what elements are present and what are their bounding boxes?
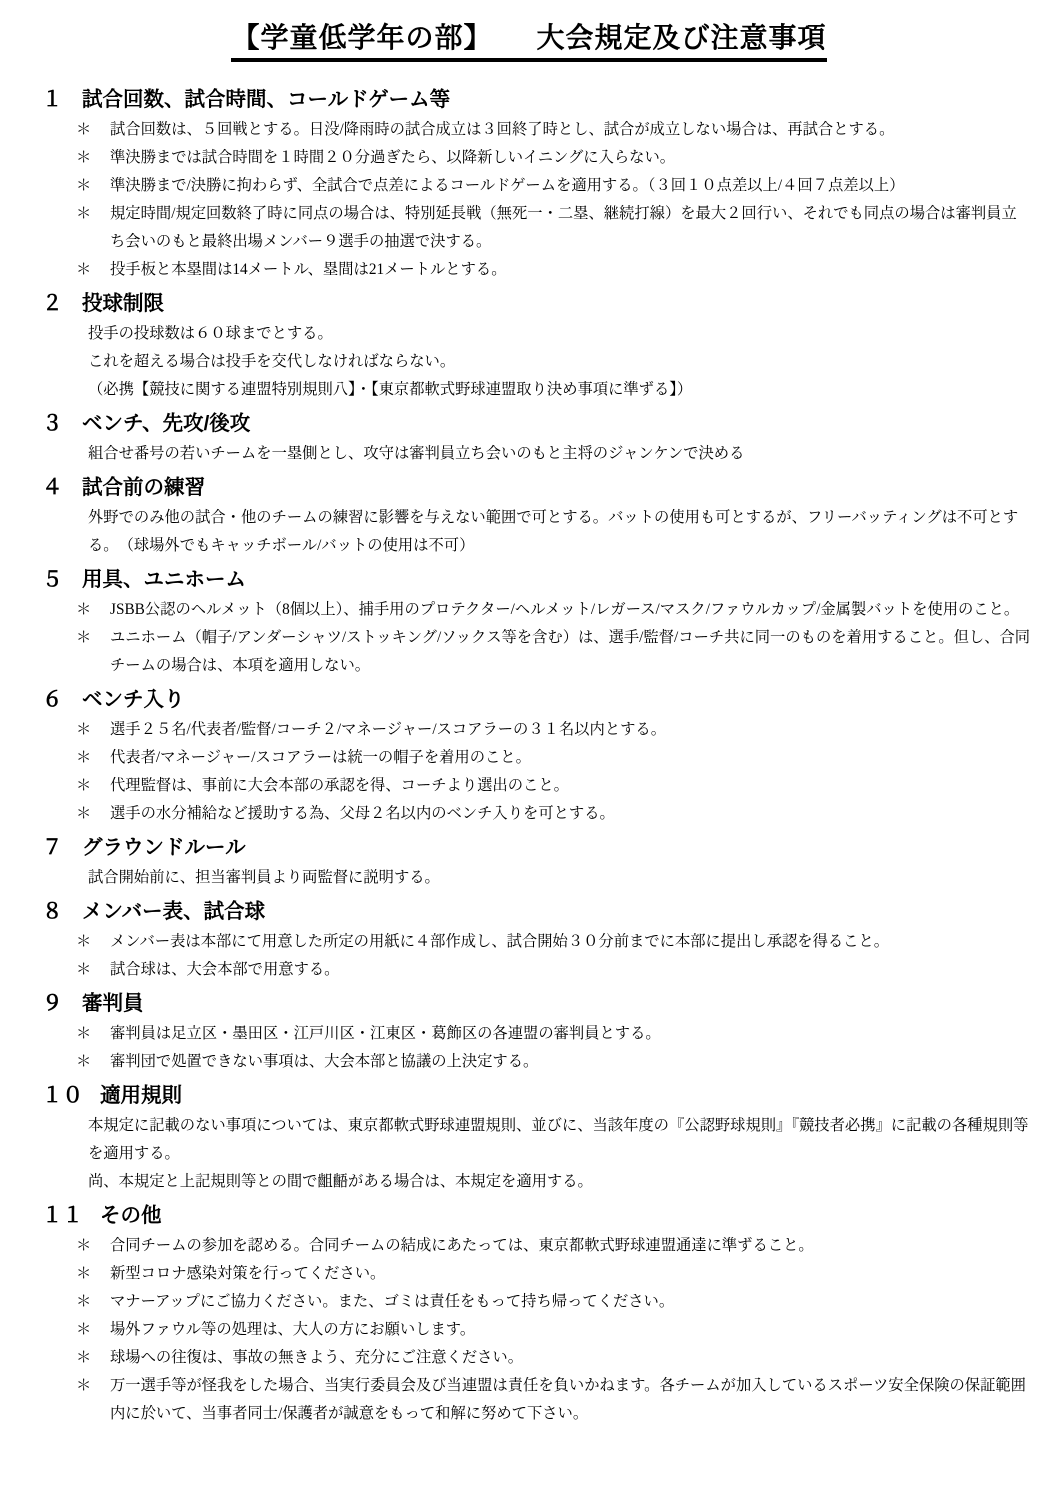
section-number: ７: [42, 834, 65, 861]
paragraph: （必携【競技に関する連盟特別規則八】・【東京都軟式野球連盟取り決め事項に準ずる】…: [88, 376, 1032, 404]
section: １１その他＊合同チームの参加を認める。合同チームの結成にあたっては、東京都軟式野…: [0, 1202, 1058, 1428]
bullet-text: 代表者/マネージャー/スコアラーは統一の帽子を着用のこと。: [110, 744, 1032, 772]
bullet-text: 規定時間/規定回数終了時に同点の場合は、特別延長戦（無死一・二塁、継続打線）を最…: [110, 200, 1032, 256]
bullet-marker: ＊: [76, 716, 110, 744]
section-number: ３: [42, 410, 65, 437]
section-number: １０: [42, 1082, 83, 1109]
bullet-item: ＊投手板と本塁間は14メートル、塁間は21メートルとする。: [76, 256, 1032, 284]
bullet-marker: ＊: [76, 744, 110, 772]
bullet-marker: ＊: [76, 1288, 110, 1316]
bullet-text: 試合回数は、５回戦とする。日没/降雨時の試合成立は３回終了時とし、試合が成立しな…: [110, 116, 1032, 144]
section-number: １１: [42, 1202, 83, 1229]
bullet-text: 場外ファウル等の処理は、大人の方にお願いします。: [110, 1316, 1032, 1344]
bullet-item: ＊代表者/マネージャー/スコアラーは統一の帽子を着用のこと。: [76, 744, 1032, 772]
section-heading: ８メンバー表、試合球: [0, 898, 1058, 925]
section-title: ベンチ入り: [82, 686, 185, 713]
section-title: 用具、ユニホーム: [82, 566, 246, 593]
bullet-item: ＊ユニホーム（帽子/アンダーシャツ/ストッキング/ソックス等を含む）は、選手/監…: [76, 624, 1032, 680]
bullet-item: ＊選手の水分補給など援助する為、父母２名以内のベンチ入りを可とする。: [76, 800, 1032, 828]
bullet-marker: ＊: [76, 116, 110, 144]
section: ９審判員＊審判員は足立区・墨田区・江戸川区・江東区・葛飾区の各連盟の審判員とする…: [0, 990, 1058, 1076]
paragraph: これを超える場合は投手を交代しなければならない。: [88, 348, 1032, 376]
section: ８メンバー表、試合球＊メンバー表は本部にて用意した所定の用紙に４部作成し、試合開…: [0, 898, 1058, 984]
bullet-item: ＊球場への往復は、事故の無きよう、充分にご注意ください。: [76, 1344, 1032, 1372]
section-number: ４: [42, 474, 65, 501]
bullet-text: 準決勝まで/決勝に拘わらず、全試合で点差によるコールドゲームを適用する。（３回１…: [110, 172, 1032, 200]
section-title: 試合回数、試合時間、コールドゲーム等: [82, 86, 450, 113]
bullet-marker: ＊: [76, 772, 110, 800]
section: ５用具、ユニホーム＊JSBB公認のヘルメット（8個以上）、捕手用のプロテクター/…: [0, 566, 1058, 680]
bullet-text: 審判団で処置できない事項は、大会本部と協議の上決定する。: [110, 1048, 1032, 1076]
bullet-text: 選手２５名/代表者/監督/コーチ２/マネージャー/スコアラーの３１名以内とする。: [110, 716, 1032, 744]
bullet-text: JSBB公認のヘルメット（8個以上）、捕手用のプロテクター/ヘルメット/レガース…: [110, 596, 1032, 624]
section-heading: １１その他: [0, 1202, 1058, 1229]
bullet-item: ＊新型コロナ感染対策を行ってください。: [76, 1260, 1032, 1288]
section-title: 審判員: [82, 990, 144, 1017]
bullet-text: 合同チームの参加を認める。合同チームの結成にあたっては、東京都軟式野球連盟通達に…: [110, 1232, 1032, 1260]
section: ２投球制限投手の投球数は６０球までとする。これを超える場合は投手を交代しなければ…: [0, 290, 1058, 404]
bullet-marker: ＊: [76, 1260, 110, 1288]
bullet-marker: ＊: [76, 172, 110, 200]
bullet-marker: ＊: [76, 928, 110, 956]
bullet-item: ＊試合回数は、５回戦とする。日没/降雨時の試合成立は３回終了時とし、試合が成立し…: [76, 116, 1032, 144]
page-title-text: 【学童低学年の部】 大会規定及び注意事項: [231, 16, 826, 62]
section: ７グラウンドルール試合開始前に、担当審判員より両監督に説明する。: [0, 834, 1058, 892]
section-number: ２: [42, 290, 65, 317]
bullet-marker: ＊: [76, 596, 110, 624]
bullet-item: ＊試合球は、大会本部で用意する。: [76, 956, 1032, 984]
bullet-text: 投手板と本塁間は14メートル、塁間は21メートルとする。: [110, 256, 1032, 284]
section-title: 適用規則: [100, 1082, 182, 1109]
bullet-item: ＊合同チームの参加を認める。合同チームの結成にあたっては、東京都軟式野球連盟通達…: [76, 1232, 1032, 1260]
paragraph: 尚、本規定と上記規則等との間で齟齬がある場合は、本規定を適用する。: [88, 1168, 1032, 1196]
bullet-marker: ＊: [76, 1048, 110, 1076]
section: ４試合前の練習外野でのみ他の試合・他のチームの練習に影響を与えない範囲で可とする…: [0, 474, 1058, 560]
paragraph: 試合開始前に、担当審判員より両監督に説明する。: [88, 864, 1032, 892]
section-title: メンバー表、試合球: [82, 898, 265, 925]
section: ６ベンチ入り＊選手２５名/代表者/監督/コーチ２/マネージャー/スコアラーの３１…: [0, 686, 1058, 828]
bullet-text: 万一選手等が怪我をした場合、当実行委員会及び当連盟は責任を負いかねます。各チーム…: [110, 1372, 1032, 1428]
section: １試合回数、試合時間、コールドゲーム等＊試合回数は、５回戦とする。日没/降雨時の…: [0, 86, 1058, 284]
bullet-text: 審判員は足立区・墨田区・江戸川区・江東区・葛飾区の各連盟の審判員とする。: [110, 1020, 1032, 1048]
paragraph: 外野でのみ他の試合・他のチームの練習に影響を与えない範囲で可とする。バットの使用…: [88, 504, 1032, 560]
section-heading: ９審判員: [0, 990, 1058, 1017]
section: ３ベンチ、先攻/後攻組合せ番号の若いチームを一塁側とし、攻守は審判員立ち会いのも…: [0, 410, 1058, 468]
bullet-marker: ＊: [76, 624, 110, 680]
bullet-marker: ＊: [76, 1344, 110, 1372]
bullet-marker: ＊: [76, 200, 110, 256]
sections-container: １試合回数、試合時間、コールドゲーム等＊試合回数は、５回戦とする。日没/降雨時の…: [0, 86, 1058, 1428]
bullet-text: 選手の水分補給など援助する為、父母２名以内のベンチ入りを可とする。: [110, 800, 1032, 828]
document-page: 【学童低学年の部】 大会規定及び注意事項 １試合回数、試合時間、コールドゲーム等…: [0, 0, 1058, 1497]
section-title: 試合前の練習: [82, 474, 205, 501]
section-title: ベンチ、先攻/後攻: [82, 410, 250, 437]
paragraph: 投手の投球数は６０球までとする。: [88, 320, 1032, 348]
bullet-text: 新型コロナ感染対策を行ってください。: [110, 1260, 1032, 1288]
bullet-item: ＊準決勝までは試合時間を１時間２０分過ぎたら、以降新しいイニングに入らない。: [76, 144, 1032, 172]
bullet-marker: ＊: [76, 144, 110, 172]
bullet-text: マナーアップにご協力ください。また、ゴミは責任をもって持ち帰ってください。: [110, 1288, 1032, 1316]
section-number: ６: [42, 686, 65, 713]
bullet-marker: ＊: [76, 1232, 110, 1260]
bullet-marker: ＊: [76, 800, 110, 828]
paragraph: 本規定に記載のない事項については、東京都軟式野球連盟規則、並びに、当該年度の『公…: [88, 1112, 1032, 1168]
section-heading: ６ベンチ入り: [0, 686, 1058, 713]
bullet-marker: ＊: [76, 1020, 110, 1048]
section-number: ８: [42, 898, 65, 925]
section-title: その他: [100, 1202, 162, 1229]
bullet-marker: ＊: [76, 256, 110, 284]
bullet-text: ユニホーム（帽子/アンダーシャツ/ストッキング/ソックス等を含む）は、選手/監督…: [110, 624, 1032, 680]
section: １０適用規則本規定に記載のない事項については、東京都軟式野球連盟規則、並びに、当…: [0, 1082, 1058, 1196]
section-title: 投球制限: [82, 290, 164, 317]
section-heading: ５用具、ユニホーム: [0, 566, 1058, 593]
bullet-text: 試合球は、大会本部で用意する。: [110, 956, 1032, 984]
section-heading: １試合回数、試合時間、コールドゲーム等: [0, 86, 1058, 113]
section-heading: ３ベンチ、先攻/後攻: [0, 410, 1058, 437]
bullet-text: 準決勝までは試合時間を１時間２０分過ぎたら、以降新しいイニングに入らない。: [110, 144, 1032, 172]
page-title: 【学童低学年の部】 大会規定及び注意事項: [0, 16, 1058, 62]
bullet-item: ＊選手２５名/代表者/監督/コーチ２/マネージャー/スコアラーの３１名以内とする…: [76, 716, 1032, 744]
bullet-marker: ＊: [76, 956, 110, 984]
section-number: ９: [42, 990, 65, 1017]
bullet-text: 代理監督は、事前に大会本部の承認を得、コーチより選出のこと。: [110, 772, 1032, 800]
bullet-item: ＊万一選手等が怪我をした場合、当実行委員会及び当連盟は責任を負いかねます。各チー…: [76, 1372, 1032, 1428]
bullet-marker: ＊: [76, 1372, 110, 1428]
bullet-item: ＊JSBB公認のヘルメット（8個以上）、捕手用のプロテクター/ヘルメット/レガー…: [76, 596, 1032, 624]
bullet-item: ＊メンバー表は本部にて用意した所定の用紙に４部作成し、試合開始３０分前までに本部…: [76, 928, 1032, 956]
section-heading: １０適用規則: [0, 1082, 1058, 1109]
bullet-text: 球場への往復は、事故の無きよう、充分にご注意ください。: [110, 1344, 1032, 1372]
paragraph: 組合せ番号の若いチームを一塁側とし、攻守は審判員立ち会いのもと主将のジャンケンで…: [88, 440, 1032, 468]
bullet-item: ＊代理監督は、事前に大会本部の承認を得、コーチより選出のこと。: [76, 772, 1032, 800]
section-heading: ２投球制限: [0, 290, 1058, 317]
bullet-item: ＊マナーアップにご協力ください。また、ゴミは責任をもって持ち帰ってください。: [76, 1288, 1032, 1316]
section-number: ５: [42, 566, 65, 593]
bullet-text: メンバー表は本部にて用意した所定の用紙に４部作成し、試合開始３０分前までに本部に…: [110, 928, 1032, 956]
section-heading: ７グラウンドルール: [0, 834, 1058, 861]
bullet-item: ＊準決勝まで/決勝に拘わらず、全試合で点差によるコールドゲームを適用する。（３回…: [76, 172, 1032, 200]
section-number: １: [42, 86, 65, 113]
section-title: グラウンドルール: [82, 834, 246, 861]
bullet-item: ＊規定時間/規定回数終了時に同点の場合は、特別延長戦（無死一・二塁、継続打線）を…: [76, 200, 1032, 256]
bullet-marker: ＊: [76, 1316, 110, 1344]
bullet-item: ＊場外ファウル等の処理は、大人の方にお願いします。: [76, 1316, 1032, 1344]
bullet-item: ＊審判員は足立区・墨田区・江戸川区・江東区・葛飾区の各連盟の審判員とする。: [76, 1020, 1032, 1048]
section-heading: ４試合前の練習: [0, 474, 1058, 501]
bullet-item: ＊審判団で処置できない事項は、大会本部と協議の上決定する。: [76, 1048, 1032, 1076]
